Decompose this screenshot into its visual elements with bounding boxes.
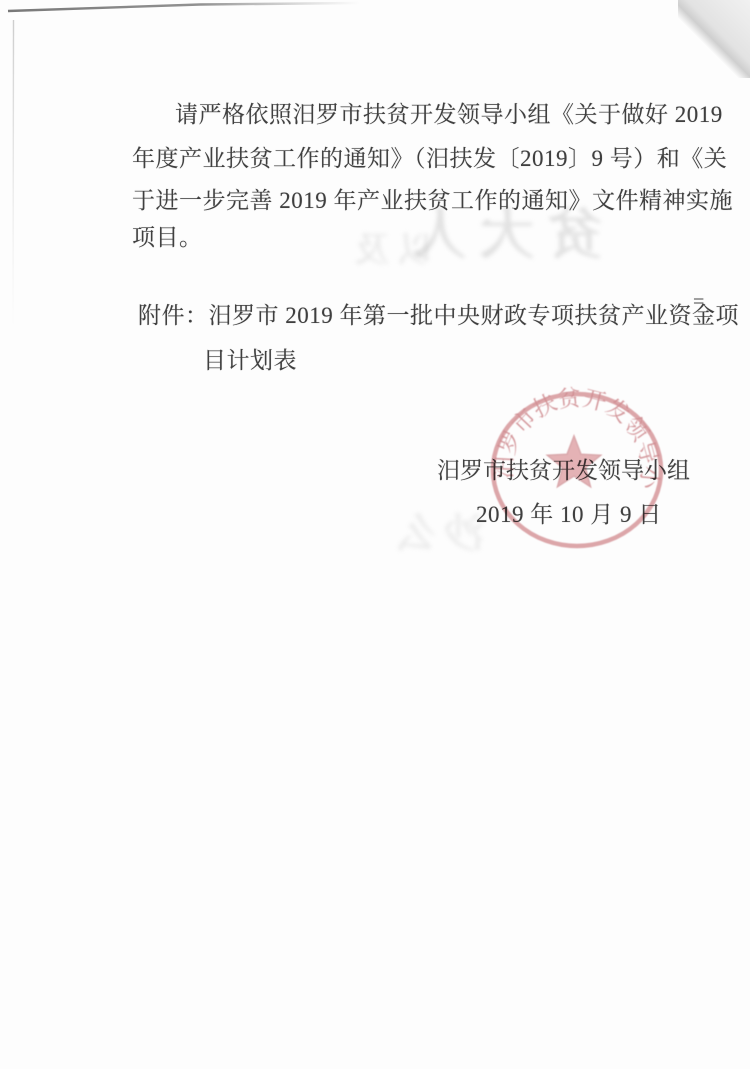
signature-date: 2019 年 10 月 9 日 (476, 496, 662, 529)
seal-ring-text: 汨罗市扶贫开发领导小组 (0, 0, 663, 491)
ink-bleed-through: 以及 (345, 222, 433, 271)
page-corner-fold-shadow (678, 0, 750, 78)
paragraph-line: 年度产业扶贫工作的通知》（汨扶发〔2019〕9 号）和《关 (132, 140, 727, 173)
signature-organization: 汨罗市扶贫开发领导小组 (437, 452, 690, 485)
paragraph-line: 于进一步完善 2019 年产业扶贫工作的通知》文件精神实施 (132, 182, 733, 215)
page-left-edge-line (13, 20, 14, 330)
attachment-line: 目计划表 (203, 342, 297, 375)
attachment-line: 附件：汨罗市 2019 年第一批中央财政专项扶贫产业资金项 (138, 297, 739, 330)
ink-bleed-through: 沙么 (388, 502, 484, 559)
paragraph-line: 项目。 (132, 219, 203, 252)
scanned-document-page: 贫大人 以及 沙么 请严格依照汨罗市扶贫开发领导小组《关于做好 2019 年度产… (0, 0, 750, 1069)
paragraph-line: 请严格依照汨罗市扶贫开发领导小组《关于做好 2019 (175, 96, 723, 129)
page-top-edge-line (8, 3, 360, 11)
scan-artifact-mark: = (693, 291, 703, 314)
